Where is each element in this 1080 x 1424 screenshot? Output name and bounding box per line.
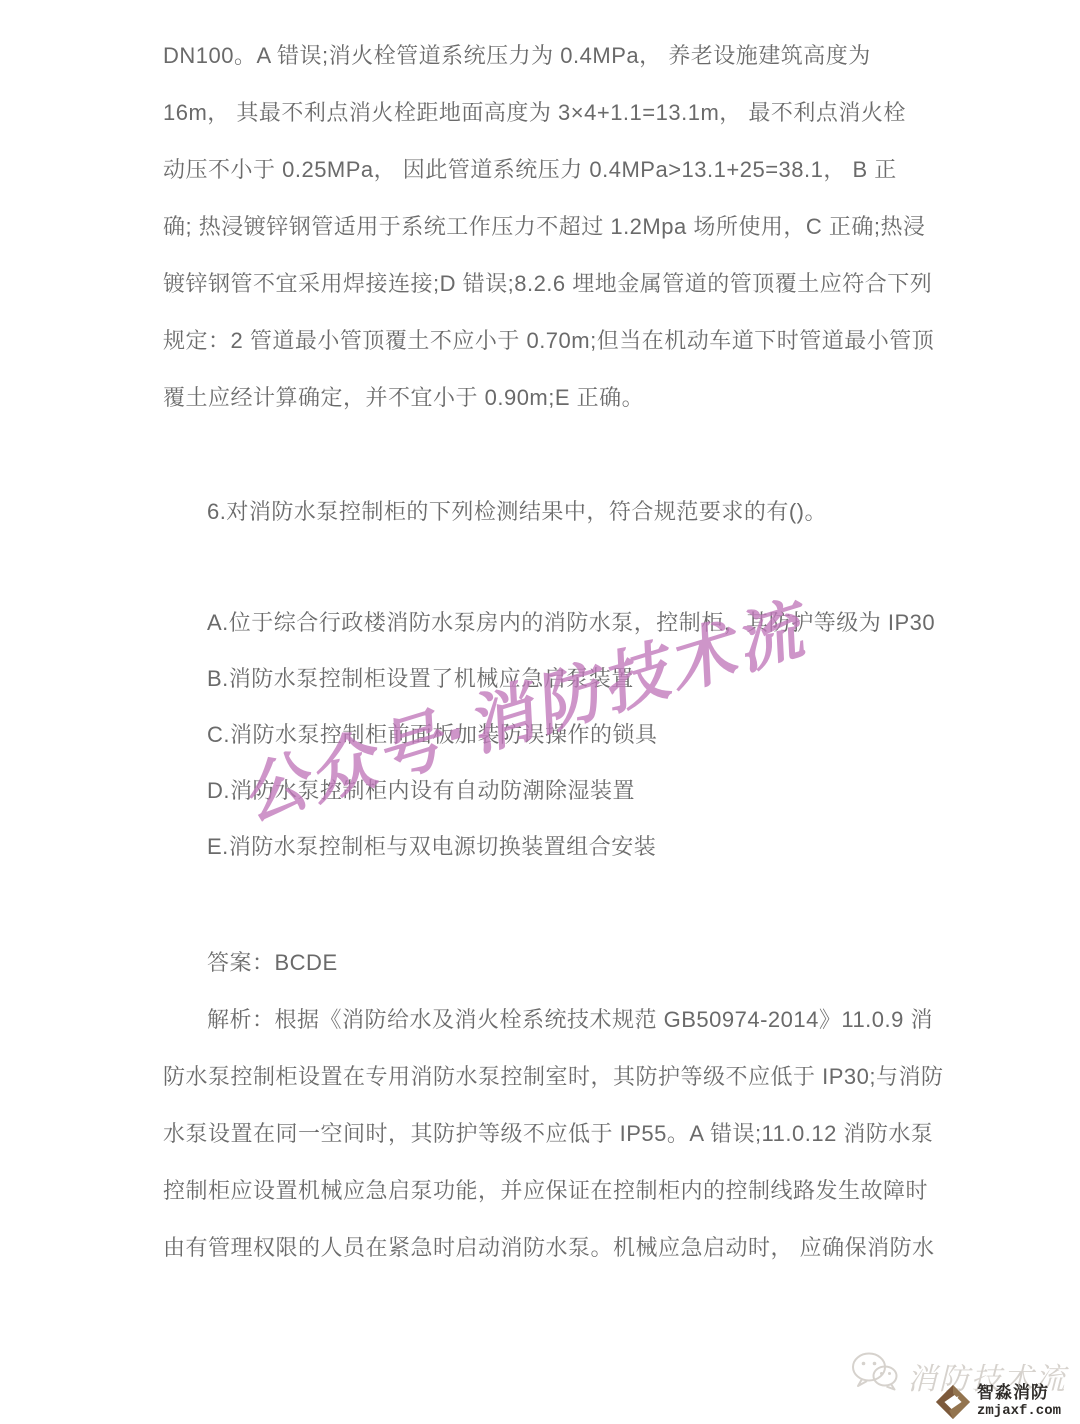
option-d: D.消防水泵控制柜内设有自动防潮除湿装置 <box>163 763 943 819</box>
paragraph-line: 16m， 其最不利点消火栓距地面高度为 3×4+1.1=13.1m， 最不利点消… <box>163 84 943 141</box>
question-block: 6.对消防水泵控制柜的下列检测结果中，符合规范要求的有()。 <box>163 483 943 540</box>
logo-text-block: 智淼消防 zmjaxf.com <box>977 1383 1061 1420</box>
analysis-line: 由有管理权限的人员在紧急时启动消防水泵。机械应急启动时， 应确保消防水 <box>163 1219 943 1276</box>
analysis-line: 防水泵控制柜设置在专用消防水泵控制室时，其防护等级不应低于 IP30;与消防 <box>163 1048 943 1105</box>
document-page: DN100。A 错误;消火栓管道系统压力为 0.4MPa， 养老设施建筑高度为 … <box>0 0 1080 1424</box>
continuation-paragraph: DN100。A 错误;消火栓管道系统压力为 0.4MPa， 养老设施建筑高度为 … <box>163 27 943 426</box>
option-e: E.消防水泵控制柜与双电源切换装置组合安装 <box>163 819 943 875</box>
analysis-line: 解析：根据《消防给水及消火栓系统技术规范 GB50974-2014》11.0.9… <box>163 991 943 1048</box>
solution-block: 答案：BCDE 解析：根据《消防给水及消火栓系统技术规范 GB50974-201… <box>163 934 943 1276</box>
analysis-line: 水泵设置在同一空间时，其防护等级不应低于 IP55。A 错误;11.0.12 消… <box>163 1105 943 1162</box>
question-text: 6.对消防水泵控制柜的下列检测结果中，符合规范要求的有()。 <box>163 483 943 540</box>
diamond-logo-icon <box>934 1383 972 1424</box>
analysis-line: 控制柜应设置机械应急启泵功能，并应保证在控制柜内的控制线路发生故障时 <box>163 1162 943 1219</box>
paragraph-line: 规定：2 管道最小管顶覆土不应小于 0.70m;但当在机动车道下时管道最小管顶 <box>163 312 943 369</box>
option-a: A.位于综合行政楼消防水泵房内的消防水泵，控制柜，其防护等级为 IP30 <box>163 595 943 651</box>
option-c: C.消防水泵控制柜前面板加装防误操作的锁具 <box>163 707 943 763</box>
document-body: DN100。A 错误;消火栓管道系统压力为 0.4MPa， 养老设施建筑高度为 … <box>163 27 943 1276</box>
answer-line: 答案：BCDE <box>163 934 943 991</box>
logo-title: 智淼消防 <box>977 1383 1061 1403</box>
site-logo: 智淼消防 zmjaxf.com <box>934 1383 1061 1424</box>
paragraph-line: 覆土应经计算确定，并不宜小于 0.90m;E 正确。 <box>163 369 943 426</box>
paragraph-line: 动压不小于 0.25MPa， 因此管道系统压力 0.4MPa>13.1+25=3… <box>163 141 943 198</box>
paragraph-line: 镀锌钢管不宜采用焊接连接;D 错误;8.2.6 埋地金属管道的管顶覆土应符合下列 <box>163 255 943 312</box>
options-block: A.位于综合行政楼消防水泵房内的消防水泵，控制柜，其防护等级为 IP30 B.消… <box>163 595 943 875</box>
wechat-icon <box>850 1350 900 1402</box>
paragraph-line: DN100。A 错误;消火栓管道系统压力为 0.4MPa， 养老设施建筑高度为 <box>163 27 943 84</box>
logo-domain: zmjaxf.com <box>977 1403 1061 1420</box>
paragraph-line: 确; 热浸镀锌钢管适用于系统工作压力不超过 1.2Mpa 场所使用，C 正确;热… <box>163 198 943 255</box>
option-b: B.消防水泵控制柜设置了机械应急启泵装置 <box>163 651 943 707</box>
